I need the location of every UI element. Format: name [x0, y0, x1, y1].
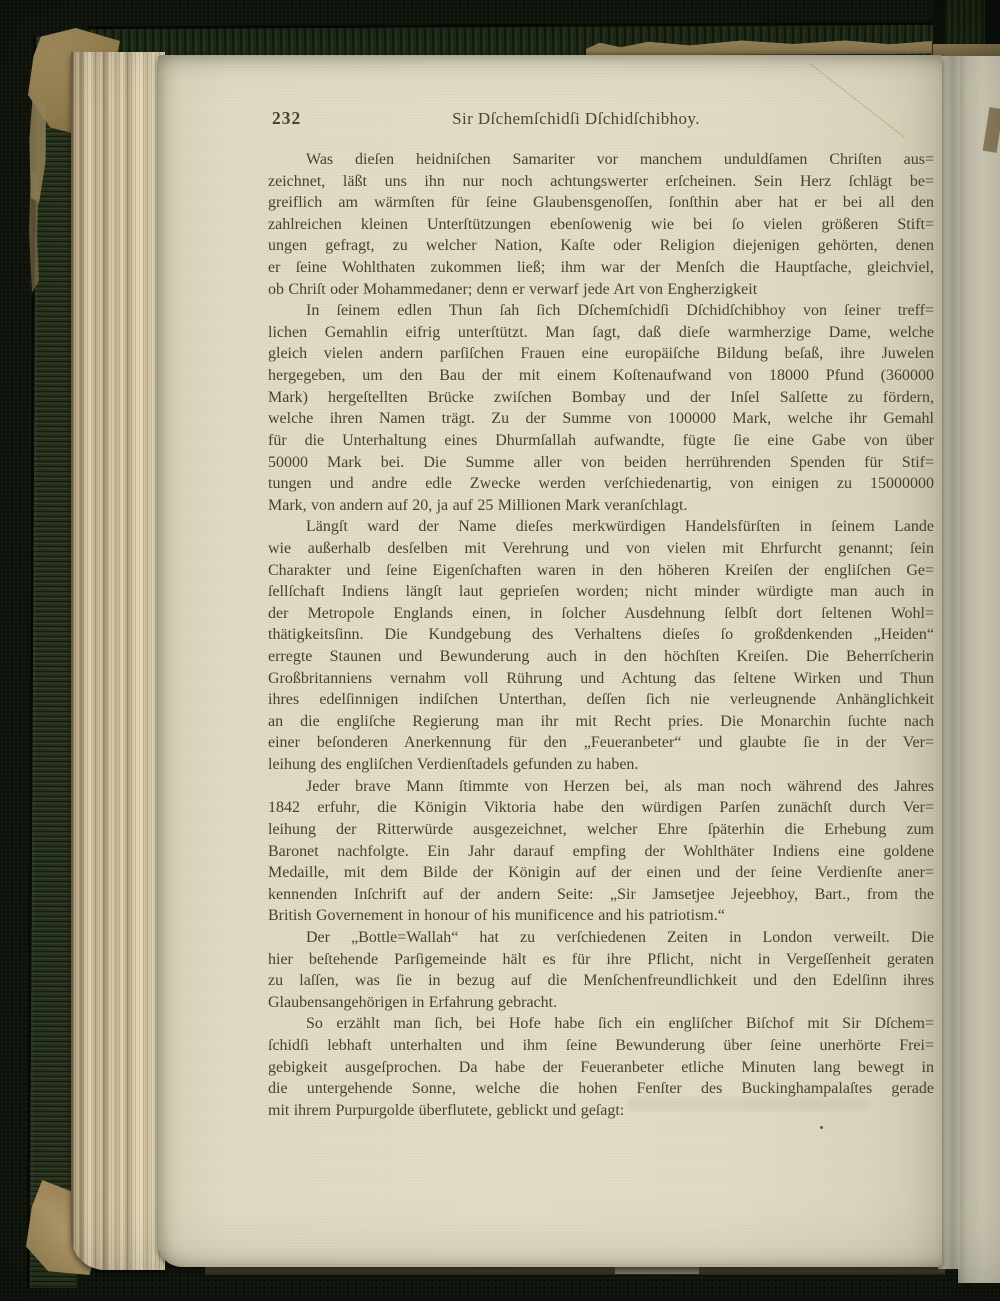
text-line: wie außerhalb desſelben mit Verehrung un… [268, 538, 934, 560]
text-line: an die engliſche Regierung man ihr mit R… [268, 711, 934, 733]
text-line: Baronet nachfolgte. Ein Jahr darauf empf… [268, 841, 934, 863]
text-line: Längſt ward der Name dieſes merkwürdigen… [268, 516, 934, 538]
text-line: Was dieſen heidniſchen Samariter vor man… [268, 149, 934, 171]
text-line: kennenden Inſchrift auf der andern Seite… [268, 884, 934, 906]
text-line: Jeder brave Mann ſtimmte von Herzen bei,… [268, 776, 934, 798]
cover-cloth-bar [945, 0, 985, 46]
text-line: mit ihrem Purpurgolde überflutete, gebli… [268, 1100, 934, 1122]
text-line: welche ihren Namen trägt. Zu der Summe v… [268, 408, 934, 430]
text-line: gleich vielen andern parſiſchen Frauen e… [268, 343, 934, 365]
text-line: 1842 erfuhr, die Königin Viktoria habe d… [268, 797, 934, 819]
text-line: So erzählt man ſich, bei Hofe habe ſich … [268, 1013, 934, 1035]
text-line: Der „Bottle=Wallah“ hat zu verſchiedenen… [268, 927, 934, 949]
text-line: British Governement in honour of his mun… [268, 905, 934, 927]
book-photo: 232 Sir Dſchemſchidſi Dſchidſchibhoy. Wa… [0, 0, 1000, 1301]
text-line: die untergehende Sonne, welche die hohen… [268, 1078, 934, 1100]
text-line: ihres edelſinnigen indiſchen Unterthan, … [268, 689, 934, 711]
text-line: 50000 Mark bei. Die Summe aller von beid… [268, 452, 934, 474]
text-line: leihung des engliſchen Verdienſtadels ge… [268, 754, 934, 776]
page-edge-stack [71, 52, 165, 1270]
text-line: leihung der Ritterwürde ausgezeichnet, w… [268, 819, 934, 841]
text-line: Großbritanniens vernahm voll Rührung und… [268, 668, 934, 690]
text-line: ſchidſi lebhaft unterhalten und ihm ſein… [268, 1035, 934, 1057]
text-line: erregte Staunen und Bewunderung auch in … [268, 646, 934, 668]
text-line: Charakter und ſeine Eigenſchaften waren … [268, 560, 934, 582]
text-line: lichen Gemahlin eifrig unterſtützt. Man … [268, 322, 934, 344]
text-line: Mark) hergeſtellten Brücke zwiſchen Bomb… [268, 387, 934, 409]
facing-page [958, 56, 1000, 1283]
text-line: er ſeine Wohlthaten zukommen ließ; ihm w… [268, 257, 934, 279]
text-line: zeichnet, läßt uns ihn nur noch achtungs… [268, 171, 934, 193]
text-line: ſellſchaft Indiens längſt laut geprieſen… [268, 581, 934, 603]
paper-speck [820, 1126, 823, 1129]
text-line: ob Chriſt oder Mohammedaner; denn er ver… [268, 279, 934, 301]
text-line: der Metropole Englands einen, in ſolcher… [268, 603, 934, 625]
book-cover-corner-top-right [933, 0, 1000, 60]
text-line: ungen gefragt, zu welcher Nation, Kaſte … [268, 235, 934, 257]
text-line: Medaille, mit dem Bilde der Königin auf … [268, 862, 934, 884]
text-line: thätigkeitsſinn. Die Kundgebung des Verh… [268, 624, 934, 646]
text-line: einer beſonderen Anerkennung für den „Fe… [268, 732, 934, 754]
text-line: zahlreichen kleinen Unterſtützungen eben… [268, 214, 934, 236]
text-line: Mark, von andern auf 20, ja auf 25 Milli… [268, 495, 934, 517]
text-line: In ſeinem edlen Thun ſah ſich Dſchemſchi… [268, 300, 934, 322]
text-line: für die Unterhaltung eines Dhurmſallah a… [268, 430, 934, 452]
text-line: hergegeben, um den Bau der mit einem Koſ… [268, 365, 934, 387]
running-head: Sir Dſchemſchidſi Dſchidſchibhoy. [242, 109, 910, 129]
body-text: Was dieſen heidniſchen Samariter vor man… [268, 149, 934, 1121]
text-line: greiflich am wärmſten für ſeine Glaubens… [268, 192, 934, 214]
text-line: hier beſtehende Parſigemeinde hält es fü… [268, 949, 934, 971]
text-line: Glaubensangehörigen in Erfahrung gebrach… [268, 992, 934, 1014]
text-line: zu laſſen, was ſie in bezug auf die Menſ… [268, 970, 934, 992]
text-line: tungen und andre edle Zwecke werden verſ… [268, 473, 934, 495]
text-line: gebigkeit ausgeſprochen. Da habe der Feu… [268, 1057, 934, 1079]
page-header: 232 Sir Dſchemſchidſi Dſchidſchibhoy. [268, 108, 936, 130]
cover-wear-mark [586, 39, 932, 56]
book-page: 232 Sir Dſchemſchidſi Dſchidſchibhoy. Wa… [158, 55, 942, 1267]
